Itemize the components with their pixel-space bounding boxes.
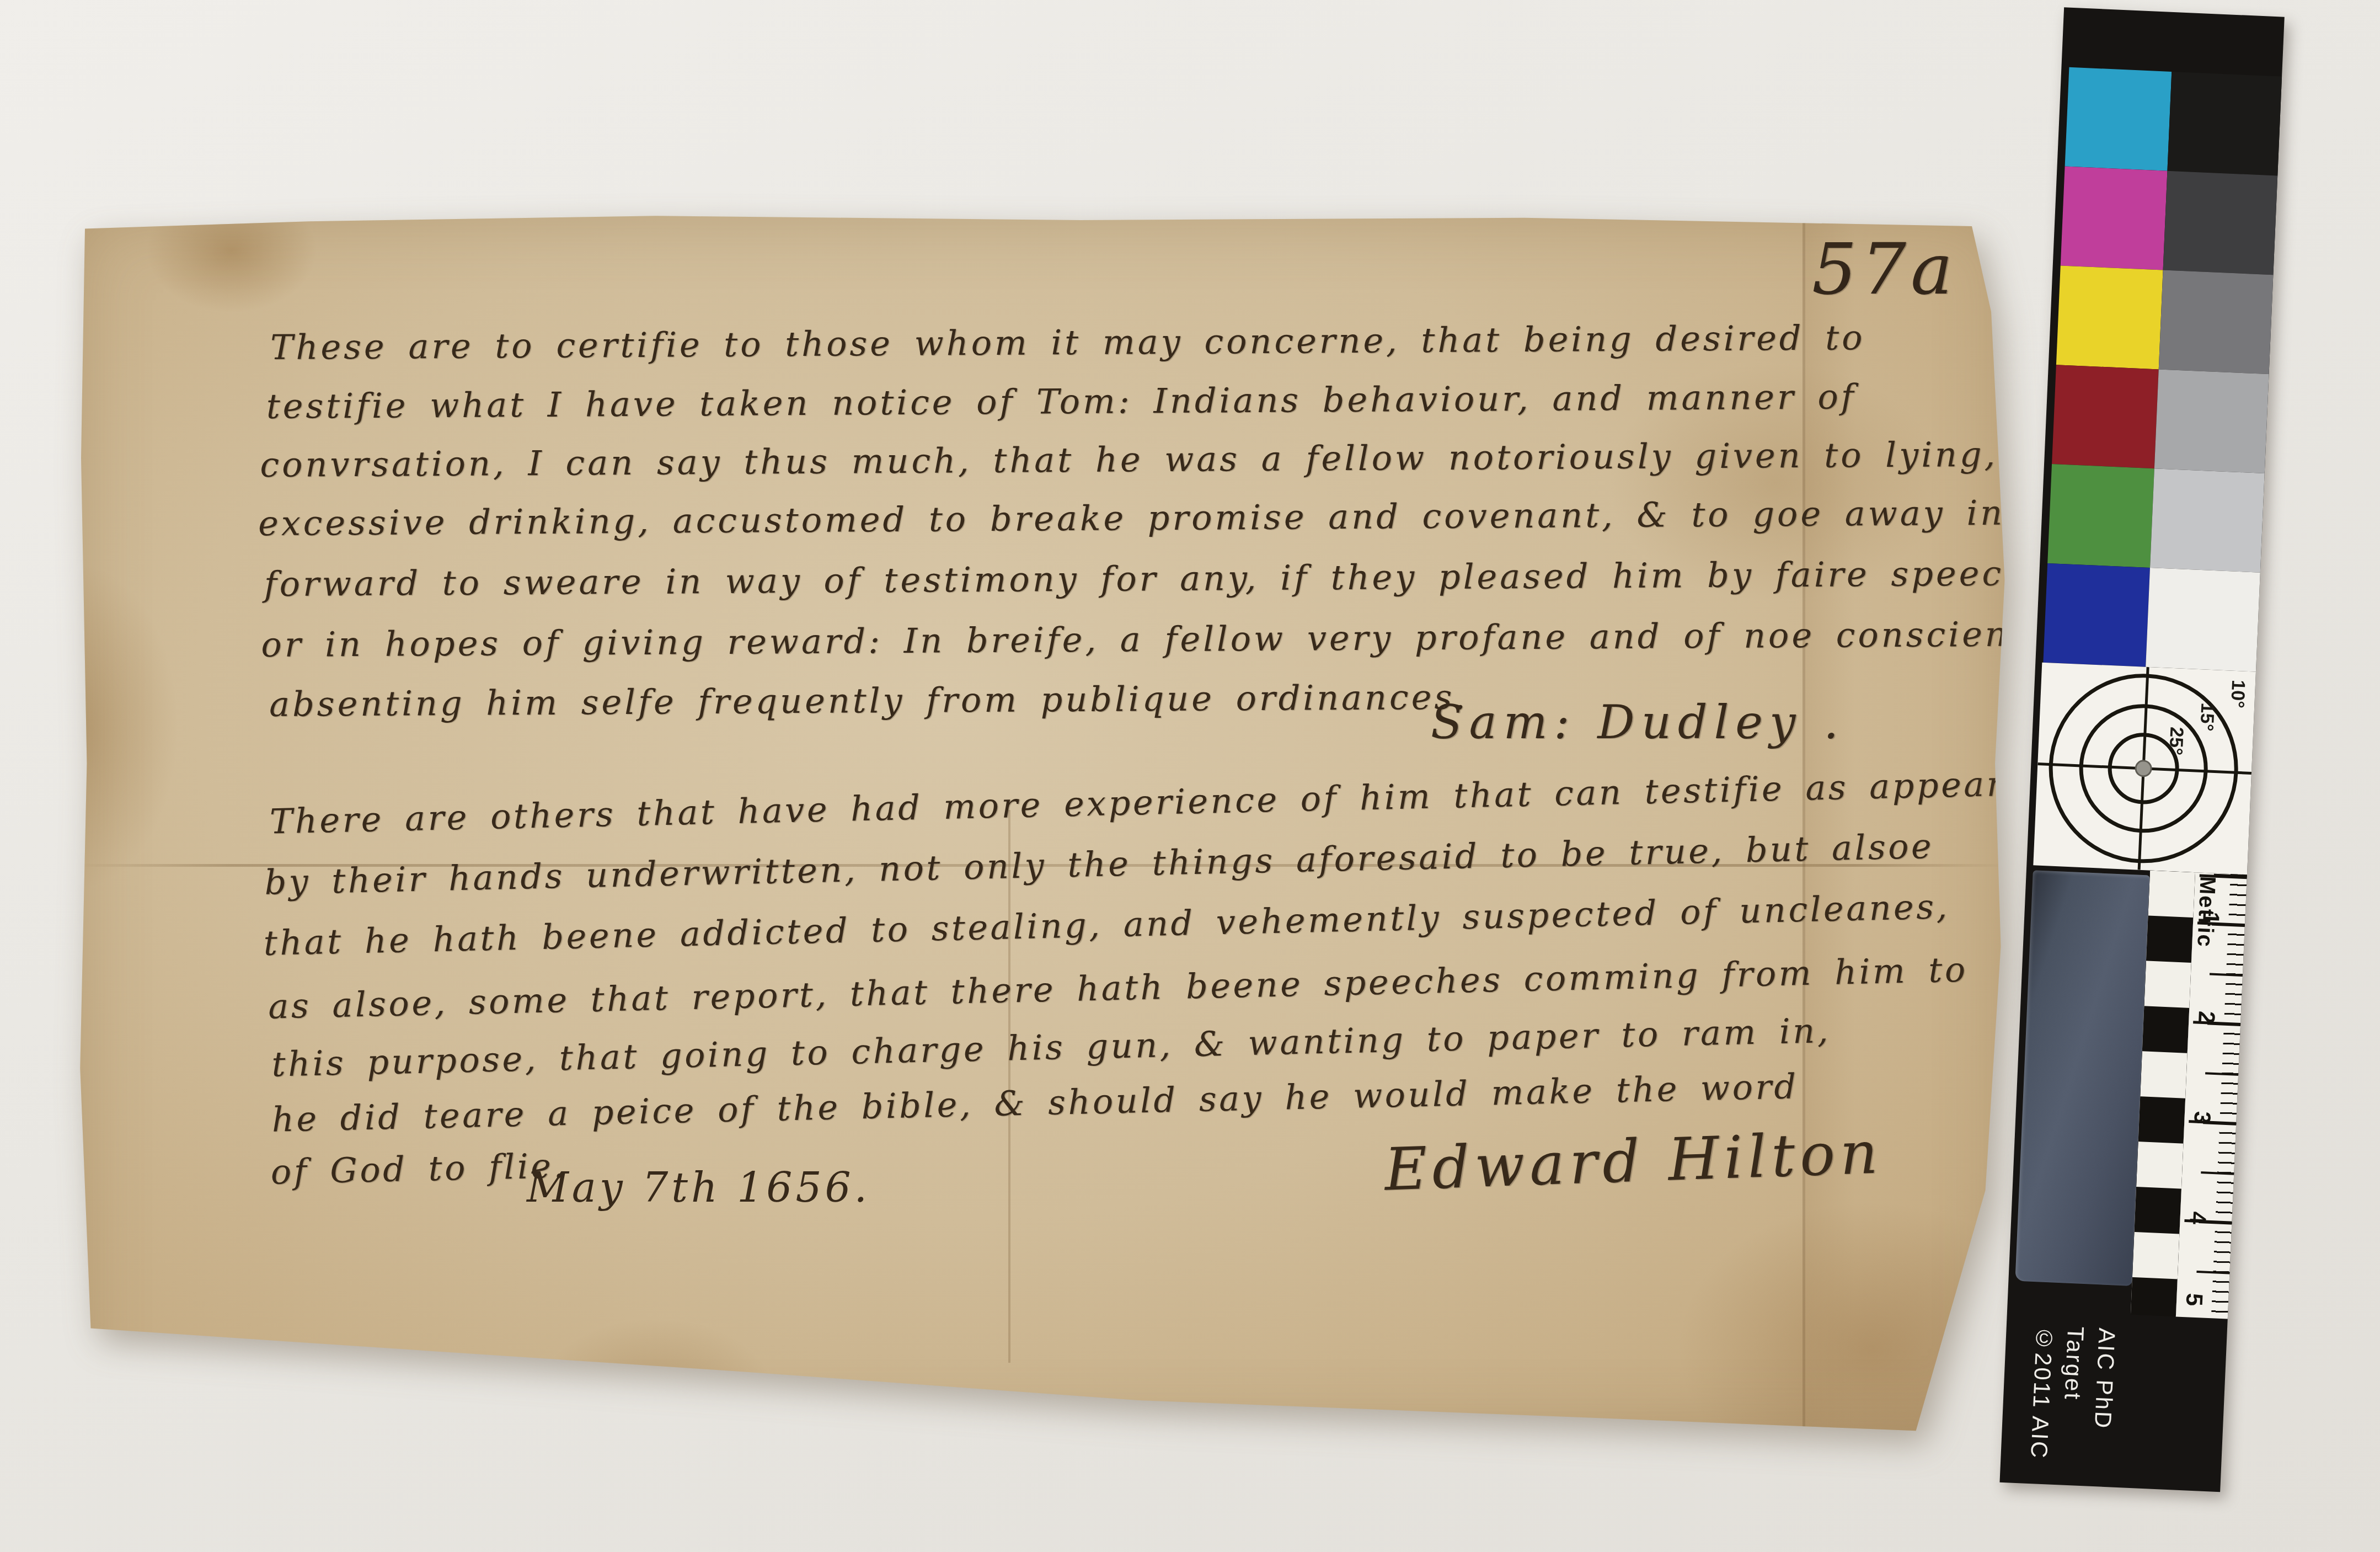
color-patch-black [2167,72,2282,176]
ruler-number: 3 [2189,1111,2216,1124]
color-patch-mid-gray [2159,270,2274,375]
archival-number: 57a [1812,228,1957,311]
manuscript-line: absenting him selfe frequently from publ… [269,677,1468,724]
gloss-patch [2015,870,2149,1286]
color-patch-white [2146,568,2260,672]
manuscript-line: convrsation, I can say thus much, that h… [260,434,2059,485]
manuscript-line: this purpose, that going to charge his g… [271,1010,1831,1085]
color-patch-gray [2154,369,2269,473]
manuscript-line: There are others that have had more expe… [269,762,2068,841]
ruler-number: 4 [2184,1211,2211,1225]
signature-edward-hilton: Edward Hilton [1383,1118,1884,1203]
ruler-number: 1 [2197,911,2224,925]
target-name-label: AIC PhD Target [2053,1326,2122,1487]
manuscript-line: or in hopes of giving reward: In breife,… [261,614,2068,665]
color-patch-yellow [2056,265,2163,369]
manuscript-line: that he hath beene addicted to stealing,… [263,886,1950,963]
fold-crease-vertical-center [1008,810,1010,1363]
calibration-target: 10° 15° 25° Metric 1 2 3 4 5 AIC PhD Tar… [1999,7,2284,1492]
bullseye-target: 10° 15° 25° [2033,663,2256,875]
color-patch-light-gray [2150,468,2265,573]
color-patch-dark-red [2052,365,2159,468]
manuscript-paper: 57a These are to certifie to those whom … [77,214,2007,1434]
manuscript-line: forward to sweare in way of testimony fo… [264,553,2072,604]
bullseye-angle-label: 15° [2195,702,2218,732]
ruler-number: 2 [2193,1010,2220,1024]
color-patch-magenta [2061,167,2168,270]
photograph-background: 57a These are to certifie to those whom … [0,0,2380,1552]
manuscript-line: he did teare a peice of the bible, & sho… [271,1066,1799,1139]
bullseye-rings-icon [2033,663,2256,875]
color-patch-blue [2043,563,2150,667]
color-patch-dark-gray [2163,171,2278,275]
manuscript-line: These are to certifie to those whom it m… [270,317,1865,367]
fold-shading [1805,214,1855,1434]
paragraph-dudley-testimony: These are to certifie to those whom it m… [77,204,2013,1436]
bullseye-angle-label: 10° [2226,679,2249,708]
ruler-number: 5 [2181,1293,2208,1306]
manuscript-line: excessive drinking, accustomed to breake… [258,492,2115,544]
manuscript-line: as alsoe, some that report, that there h… [268,950,1969,1027]
manuscript-paper-shadow: 57a These are to certifie to those whom … [77,214,2007,1434]
color-patch-green [2047,464,2154,568]
date-line: May 7th 1656. [527,1164,870,1212]
manuscript-line: by their hands underwritten, not only th… [264,826,1934,903]
signature-sam-dudley: Sam: Dudley . [1431,695,1845,749]
manuscript-line: of God to flie. [270,1145,567,1192]
fold-crease-vertical-right [1803,214,1805,1434]
color-patch-cyan [2065,67,2172,171]
paragraph-hilton-testimony: There are others that have had more expe… [259,756,2088,1215]
manuscript-line: testifie what I have taken notice of Tom… [266,376,1857,426]
target-footer-text: AIC PhD Target ©2011 AIC [2021,1325,2122,1487]
fold-crease-horizontal [77,864,2007,867]
color-patch-grid [2043,67,2282,672]
bullseye-angle-label: 25° [2164,727,2187,756]
